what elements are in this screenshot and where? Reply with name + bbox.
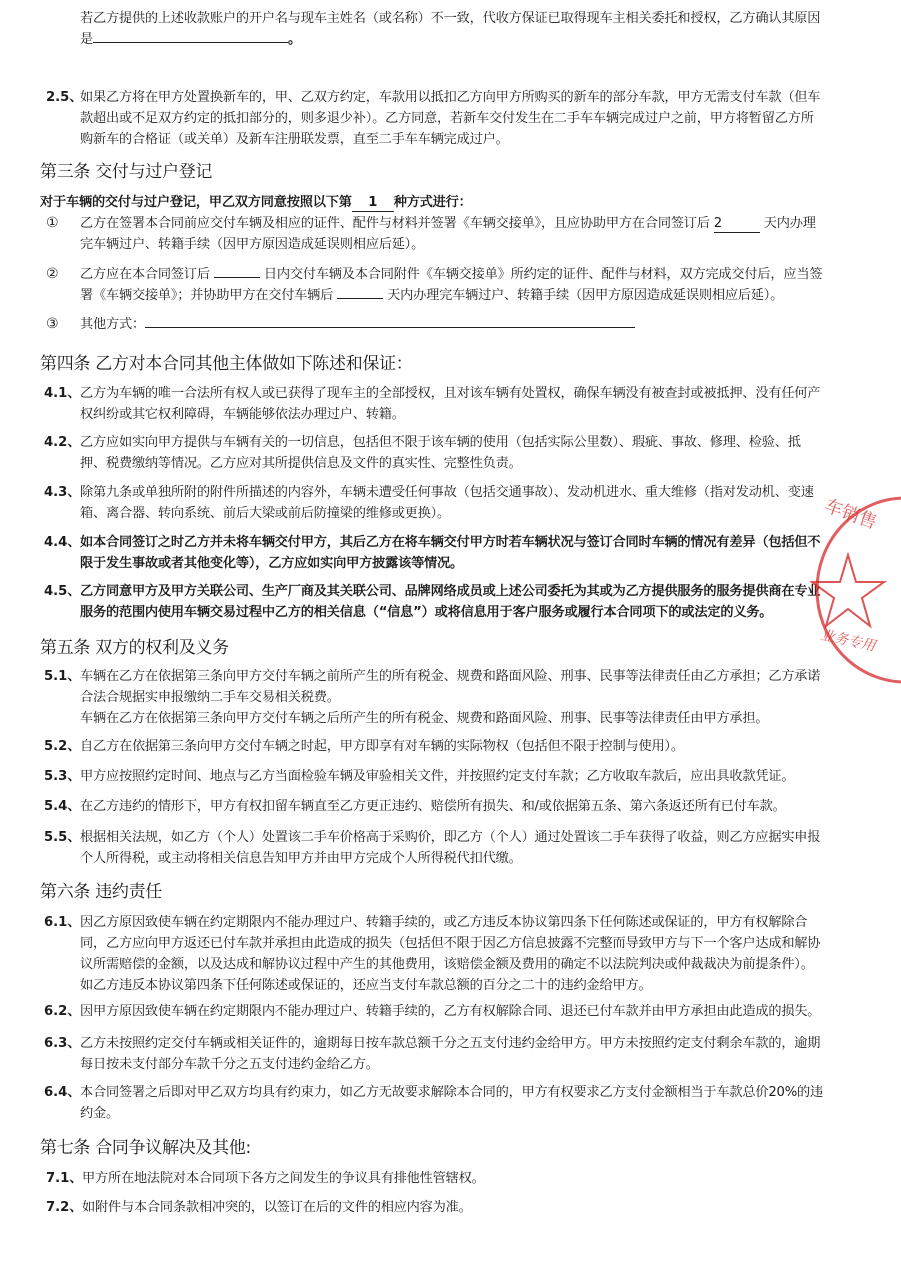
option-2: 乙方应在本合同签订后 日内交付车辆及本合同附件《车辆交接单》所约定的证件、配件与… bbox=[80, 264, 822, 306]
clause-5-2: 自乙方在依据第三条向甲方交付车辆之时起，甲方即享有对车辆的实际物权（包括但不限于… bbox=[80, 736, 684, 757]
text-line: 甲方应按照约定时间、地点与乙方当面检验车辆及审验相关文件，并按照约定支付车款；乙… bbox=[80, 766, 794, 787]
text-line: 本合同签署之后即对甲乙双方均具有约束力，如乙方无故要求解除本合同的，甲方有权要求… bbox=[80, 1082, 823, 1103]
transfer-days-field[interactable]: 2 bbox=[714, 216, 760, 233]
text-line: 合法合规据实申报缴纳二手车交易相关税费。 bbox=[80, 687, 820, 708]
clause-number: 4.1、 bbox=[44, 383, 81, 404]
clause-4-4: 如本合同签订之时乙方并未将车辆交付甲方，其后乙方在将车辆交付甲方时若车辆状况与签… bbox=[80, 532, 820, 574]
text-line: 因乙方原因致使车辆在约定期限内不能办理过户、转籍手续的，或乙方违反本协议第四条下… bbox=[80, 912, 820, 933]
clause-2-4-continuation: 若乙方提供的上述收款账户的开户名与现车主姓名（或名称）不一致，代收方保证已取得现… bbox=[80, 8, 820, 50]
clause-number: 5.4、 bbox=[44, 796, 81, 817]
text-line: 议所需赔偿的金额，以及达成和解协议过程中产生的其他费用，该赔偿金额及费用的确定不… bbox=[80, 954, 820, 975]
clause-number: 4.2、 bbox=[44, 432, 81, 453]
text-line: 乙方为车辆的唯一合法所有权人或已获得了现车主的全部授权，且对该车辆有处置权，确保… bbox=[80, 383, 820, 404]
text-line: 完车辆过户、转籍手续（因甲方原因造成延误则相应后延）。 bbox=[80, 234, 816, 255]
clause-number: 6.2、 bbox=[44, 1001, 81, 1022]
text-line: 乙方同意甲方及甲方关联公司、生产厂商及其关联公司、品牌网络成员或上述公司委托为其… bbox=[80, 581, 820, 602]
text-line: 若乙方提供的上述收款账户的开户名与现车主姓名（或名称）不一致，代收方保证已取得现… bbox=[80, 8, 820, 29]
clause-number: 5.1、 bbox=[44, 666, 81, 687]
text-line: 限于发生事故或者其他变化等），乙方应如实向甲方披露该等情况。 bbox=[80, 553, 820, 574]
text-line: 服务的范围内使用车辆交易过程中乙方的相关信息（“信息”）或将信息用于客户服务或履… bbox=[80, 602, 820, 623]
clause-4-5: 乙方同意甲方及甲方关联公司、生产厂商及其关联公司、品牌网络成员或上述公司委托为其… bbox=[80, 581, 820, 623]
clause-6-3: 乙方未按照约定交付车辆或相关证件的，逾期每日按车款总额千分之五支付违约金给甲方。… bbox=[80, 1033, 820, 1075]
clause-5-1: 车辆在乙方在依据第三条向甲方交付车辆之前所产生的所有税金、规费和路面风险、刑事、… bbox=[80, 666, 820, 729]
clause-number: 4.5、 bbox=[44, 581, 81, 602]
text-line: 权纠纷或其它权利障碍，车辆能够依法办理过户、转籍。 bbox=[80, 404, 820, 425]
section-6-heading: 第六条 违约责任 bbox=[40, 880, 162, 904]
text-line: 自乙方在依据第三条向甲方交付车辆之时起，甲方即享有对车辆的实际物权（包括但不限于… bbox=[80, 736, 684, 757]
text-line: 箱、离合器、转向系统、前后大梁或前后防撞梁的维修或更换）。 bbox=[80, 503, 814, 524]
clause-number: 4.4、 bbox=[44, 532, 81, 553]
clause-number: 5.2、 bbox=[44, 736, 81, 757]
clause-number: 6.4、 bbox=[44, 1082, 81, 1103]
text-line: 乙方应如实向甲方提供与车辆有关的一切信息，包括但不限于该车辆的使用（包括实际公里… bbox=[80, 432, 801, 453]
section-5-heading: 第五条 双方的权利及义务 bbox=[40, 636, 229, 660]
text-line: 款超出或不足双方约定的抵扣部分的，则多退少补）。乙方同意，若新车交付发生在二手车… bbox=[80, 108, 820, 129]
clause-4-1: 乙方为车辆的唯一合法所有权人或已获得了现车主的全部授权，且对该车辆有处置权，确保… bbox=[80, 383, 820, 425]
text-line: 同，乙方应向甲方返还已付车款并承担由此造成的损失（包括但不限于因乙方信息披露不完… bbox=[80, 933, 820, 954]
clause-5-4: 在乙方违约的情形下，甲方有权扣留车辆直至乙方更正违约、赔偿所有损失、和/或依据第… bbox=[80, 796, 786, 817]
text-line: 如乙方违反本协议第四条下任何陈述或保证的，还应当支付车款总额的百分之二十的违约金… bbox=[80, 975, 820, 996]
text-line: 押、税费缴纳等情况。乙方应对其所提供信息及文件的真实性、完整性负责。 bbox=[80, 453, 801, 474]
section-3-heading: 第三条 交付与过户登记 bbox=[40, 160, 212, 184]
text-line: 如本合同签订之时乙方并未将车辆交付甲方，其后乙方在将车辆交付甲方时若车辆状况与签… bbox=[80, 532, 820, 553]
clause-number: 7.1、 bbox=[46, 1168, 83, 1189]
clause-7-2: 如附件与本合同条款相冲突的，以签订在后的文件的相应内容为准。 bbox=[82, 1197, 472, 1218]
text-line: 购新车的合格证（或关单）及新车注册联发票，直至二手车车辆完成过户。 bbox=[80, 129, 820, 150]
option-2-marker: ② bbox=[46, 264, 59, 285]
text-line: 车辆在乙方在依据第三条向甲方交付车辆之前所产生的所有税金、规费和路面风险、刑事、… bbox=[80, 666, 820, 687]
option-1: 乙方在签署本合同前应交付车辆及相应的证件、配件与材料并签署《车辆交接单》，且应协… bbox=[80, 213, 816, 255]
clause-6-2: 因甲方原因致使车辆在约定期限内不能办理过户、转籍手续的，乙方有权解除合同、退还已… bbox=[80, 1001, 820, 1022]
text-line: 车辆在乙方在依据第三条向甲方交付车辆之后所产生的所有税金、规费和路面风险、刑事、… bbox=[80, 708, 820, 729]
clause-6-4: 本合同签署之后即对甲乙双方均具有约束力，如乙方无故要求解除本合同的，甲方有权要求… bbox=[80, 1082, 823, 1124]
section-4-heading: 第四条 乙方对本合同其他主体做如下陈述和保证： bbox=[40, 352, 413, 376]
reason-field[interactable] bbox=[93, 42, 288, 43]
clause-number: 5.3、 bbox=[44, 766, 81, 787]
text-line: 署《车辆交接单》；并协助甲方在交付车辆后 天内办理完车辆过户、转籍手续（因甲方原… bbox=[80, 285, 822, 306]
text-line: 根据相关法规，如乙方（个人）处置该二手车价格高于采购价，即乙方（个人）通过处置该… bbox=[80, 827, 820, 848]
option-3: 其他方式： bbox=[80, 314, 635, 335]
clause-6-1: 因乙方原因致使车辆在约定期限内不能办理过户、转籍手续的，或乙方违反本协议第四条下… bbox=[80, 912, 820, 996]
clause-number: 7.2、 bbox=[46, 1197, 83, 1218]
transfer-days-field-2[interactable] bbox=[337, 298, 383, 299]
text-line: 如果乙方将在甲方处置换新车的，甲、乙双方约定，车款用以抵扣乙方向甲方所购买的新车… bbox=[80, 87, 820, 108]
text-line: 乙方未按照约定交付车辆或相关证件的，逾期每日按车款总额千分之五支付违约金给甲方。… bbox=[80, 1033, 820, 1054]
clause-5-3: 甲方应按照约定时间、地点与乙方当面检验车辆及审验相关文件，并按照约定支付车款；乙… bbox=[80, 766, 794, 787]
company-seal: 车销售 业务专用 bbox=[810, 490, 901, 690]
method-number-field[interactable]: 1 bbox=[352, 195, 394, 212]
clause-number: 2.5、 bbox=[46, 87, 83, 108]
delivery-days-field[interactable] bbox=[214, 277, 260, 278]
section-3-intro: 对于车辆的交付与过户登记，甲乙双方同意按照以下第1种方式进行： bbox=[40, 192, 472, 213]
other-method-field[interactable] bbox=[145, 327, 635, 328]
clause-number: 5.5、 bbox=[44, 827, 81, 848]
clause-4-3: 除第九条或单独所附的附件所描述的内容外，车辆未遭受任何事故（包括交通事故）、发动… bbox=[80, 482, 814, 524]
text-line: 在乙方违约的情形下，甲方有权扣留车辆直至乙方更正违约、赔偿所有损失、和/或依据第… bbox=[80, 796, 786, 817]
text-line: 甲方所在地法院对本合同项下各方之间发生的争议具有排他性管辖权。 bbox=[82, 1168, 485, 1189]
text-line: 个人所得税，或主动将相关信息告知甲方并由甲方完成个人所得税代扣代缴。 bbox=[80, 848, 820, 869]
text-line: 因甲方原因致使车辆在约定期限内不能办理过户、转籍手续的，乙方有权解除合同、退还已… bbox=[80, 1001, 820, 1022]
clause-number: 6.1、 bbox=[44, 912, 81, 933]
text-line: 乙方在签署本合同前应交付车辆及相应的证件、配件与材料并签署《车辆交接单》，且应协… bbox=[80, 213, 816, 234]
text-line: 每日按未支付部分车款千分之五支付违约金给乙方。 bbox=[80, 1054, 820, 1075]
clause-5-5: 根据相关法规，如乙方（个人）处置该二手车价格高于采购价，即乙方（个人）通过处置该… bbox=[80, 827, 820, 869]
text-line: 除第九条或单独所附的附件所描述的内容外，车辆未遭受任何事故（包括交通事故）、发动… bbox=[80, 482, 814, 503]
contract-page: 若乙方提供的上述收款账户的开户名与现车主姓名（或名称）不一致，代收方保证已取得现… bbox=[0, 0, 901, 1280]
clause-7-1: 甲方所在地法院对本合同项下各方之间发生的争议具有排他性管辖权。 bbox=[82, 1168, 485, 1189]
clause-number: 6.3、 bbox=[44, 1033, 81, 1054]
text-line: 是。 bbox=[80, 29, 820, 50]
text-line: 约金。 bbox=[80, 1103, 823, 1124]
clause-number: 4.3、 bbox=[44, 482, 81, 503]
option-1-marker: ① bbox=[46, 213, 59, 234]
section-7-heading: 第七条 合同争议解决及其他: bbox=[40, 1136, 251, 1160]
text-line: 如附件与本合同条款相冲突的，以签订在后的文件的相应内容为准。 bbox=[82, 1197, 472, 1218]
clause-4-2: 乙方应如实向甲方提供与车辆有关的一切信息，包括但不限于该车辆的使用（包括实际公里… bbox=[80, 432, 801, 474]
text-line: 乙方应在本合同签订后 日内交付车辆及本合同附件《车辆交接单》所约定的证件、配件与… bbox=[80, 264, 822, 285]
option-3-marker: ③ bbox=[46, 314, 59, 335]
clause-2-5: 如果乙方将在甲方处置换新车的，甲、乙双方约定，车款用以抵扣乙方向甲方所购买的新车… bbox=[80, 87, 820, 150]
